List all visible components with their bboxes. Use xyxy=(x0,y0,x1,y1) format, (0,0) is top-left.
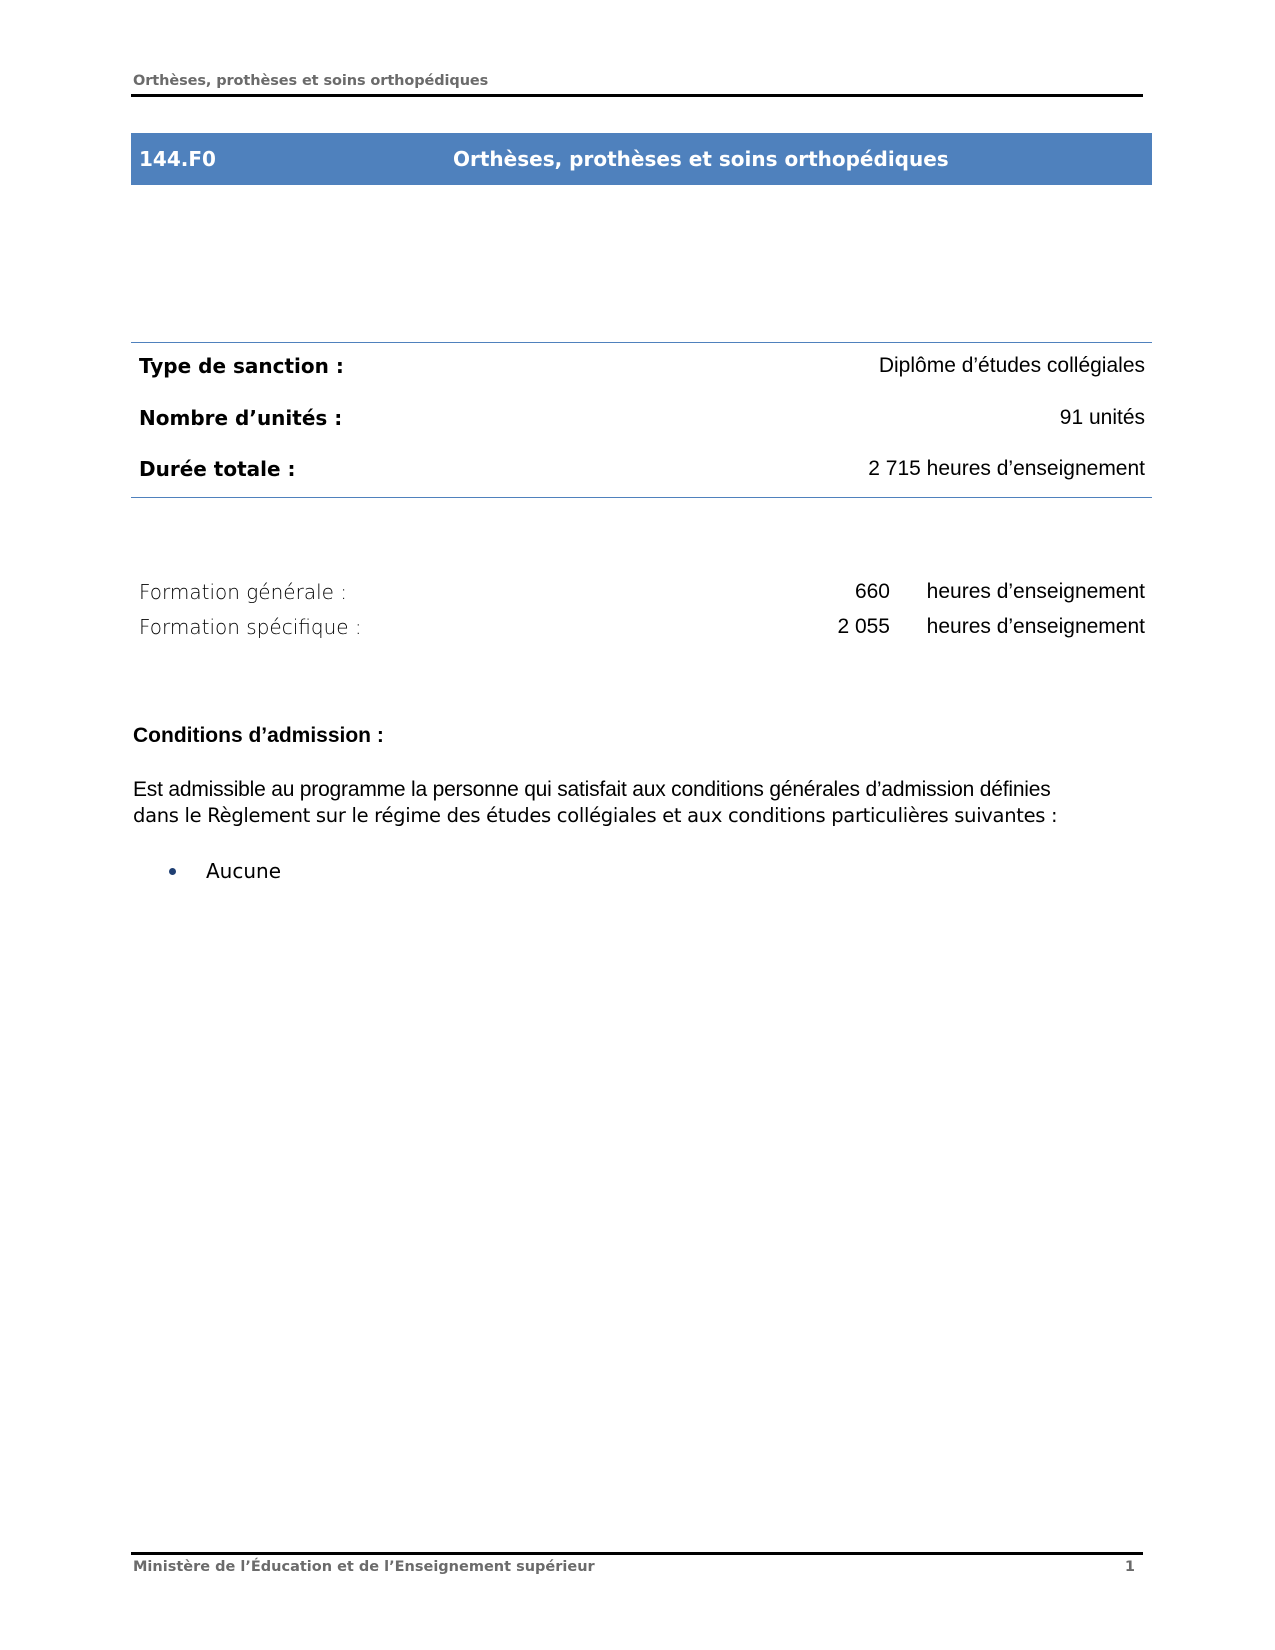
program-title: Orthèses, prothèses et soins orthopédiqu… xyxy=(453,147,949,171)
info-value-units: 91 unités xyxy=(1060,406,1145,430)
info-top-rule xyxy=(131,342,1152,343)
page-number: 1 xyxy=(1125,1559,1135,1575)
info-label-duration: Durée totale : xyxy=(139,457,296,481)
formation-specific-label: Formation spécifique : xyxy=(139,615,362,639)
info-bottom-rule xyxy=(131,497,1152,498)
program-code: 144.F0 xyxy=(139,147,216,171)
formation-general-unit: heures d’enseignement xyxy=(927,580,1145,604)
admission-heading: Conditions d’admission : xyxy=(133,724,384,748)
info-label-sanction: Type de sanction : xyxy=(139,354,344,378)
admission-list-item: Aucune xyxy=(206,859,281,883)
bullet-icon xyxy=(169,868,176,875)
footer-publisher: Ministère de l’Éducation et de l’Enseign… xyxy=(133,1559,595,1575)
formation-general-label: Formation générale : xyxy=(139,580,347,604)
footer-rule xyxy=(131,1552,1143,1555)
info-label-units: Nombre d’unités : xyxy=(139,406,342,430)
formation-specific-unit: heures d’enseignement xyxy=(927,615,1145,639)
running-header-title: Orthèses, prothèses et soins orthopédiqu… xyxy=(133,73,488,89)
info-value-duration: 2 715 heures d’enseignement xyxy=(868,457,1145,481)
info-value-sanction: Diplôme d’études collégiales xyxy=(879,354,1145,378)
formation-specific-hours: 2 055 xyxy=(837,615,890,639)
admission-paragraph-line1: Est admissible au programme la personne … xyxy=(133,778,1051,802)
formation-general-hours: 660 xyxy=(855,580,890,604)
header-rule xyxy=(131,94,1143,97)
admission-paragraph-line2: dans le Règlement sur le régime des étud… xyxy=(133,804,1057,827)
